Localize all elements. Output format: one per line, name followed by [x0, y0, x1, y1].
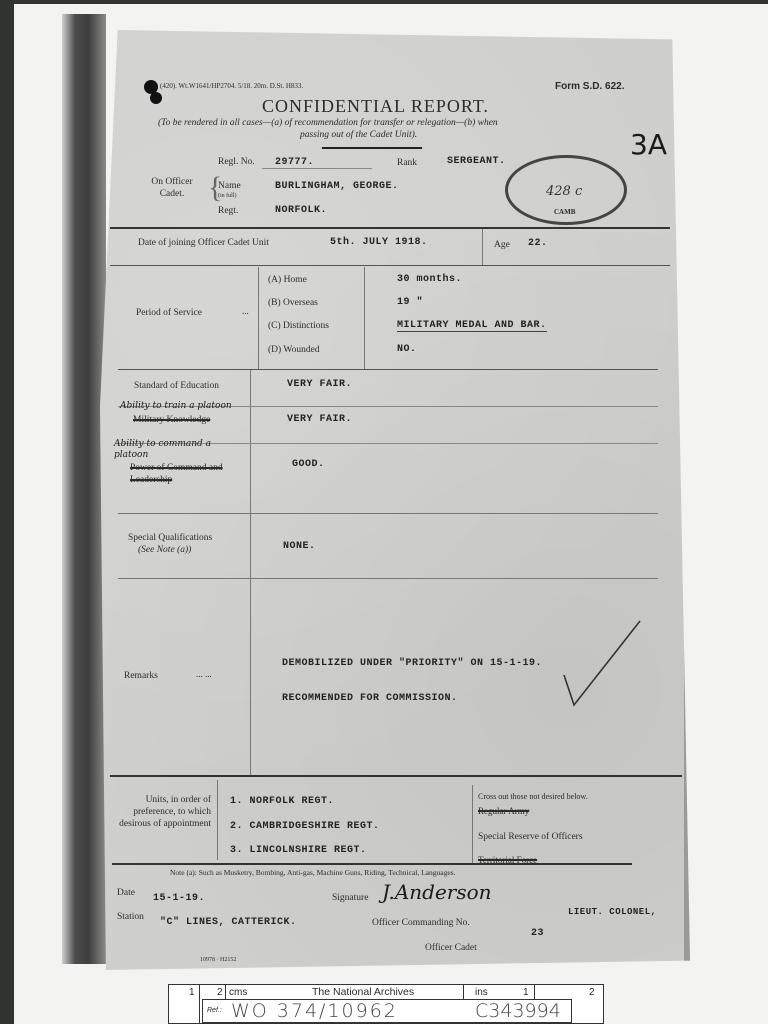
row-divider [118, 513, 658, 514]
column-divider [250, 370, 251, 775]
section-divider [118, 369, 658, 370]
section-divider [110, 227, 670, 229]
page-title: CONFIDENTIAL REPORT. [262, 96, 489, 117]
unit-preference-3: 3. LINCOLNSHIRE REGT. [230, 845, 367, 856]
struck-label: Military Knowledge [133, 415, 210, 425]
punch-hole [150, 92, 162, 104]
section-divider [112, 863, 632, 865]
divider [217, 780, 218, 860]
stamp-number: 428 c [546, 184, 582, 199]
ruler-mark: 1 [189, 987, 195, 998]
special-qualifications-label: Special Qualifications [128, 533, 212, 543]
service-distinctions-label: (C) Distinctions [268, 321, 329, 331]
service-overseas-value: 19 " [397, 297, 423, 308]
ellipsis: ... ... [196, 669, 212, 679]
signature-label: Signature [332, 893, 368, 903]
divider [258, 267, 259, 370]
struck-label: Power of Command and Leadership [130, 462, 248, 486]
station-label: Station [117, 912, 144, 922]
signature: J.Anderson [382, 880, 492, 904]
regt-value: NORFOLK. [275, 205, 327, 216]
checkmark-icon [560, 615, 645, 710]
cross-out-instruction: Cross out those not desired below. [478, 792, 588, 801]
option-special-reserve: Special Reserve of Officers [478, 832, 583, 842]
section-divider [110, 775, 682, 777]
institution-name: The National Archives [312, 986, 414, 998]
name-value: BURLINGHAM, GEORGE. [275, 181, 399, 192]
unit-preference-2: 2. CAMBRIDGESHIRE REGT. [230, 821, 380, 832]
archive-code: C343994 [475, 1000, 561, 1022]
station-value: "C" LINES, CATTERICK. [160, 917, 297, 928]
signatory-rank: LIEUT. COLONEL, [568, 907, 657, 917]
cadet-section-label: On Officer Cadet. [142, 176, 202, 200]
bottom-print-code: 10978 · H2152 [200, 957, 236, 963]
joining-date: 5th. JULY 1918. [330, 237, 428, 248]
remarks-line2: RECOMMENDED FOR COMMISSION. [282, 693, 458, 704]
age-value: 22. [528, 238, 548, 249]
divider [463, 985, 464, 999]
remarks-label: Remarks [124, 671, 158, 681]
date-value: 15-1-19. [153, 893, 205, 904]
ruler-mark: 2 [217, 987, 223, 998]
officer-commanding-label: Officer Commanding No. [372, 918, 470, 928]
service-label: Period of Service [136, 308, 202, 318]
rank-value: SERGEANT. [447, 156, 506, 167]
date-label: Date [117, 888, 135, 898]
reference-number: WO 374/10962 [231, 1000, 398, 1022]
unit-number: 23 [531, 928, 544, 939]
special-qualifications-note: (See Note (a)) [138, 545, 191, 555]
divider [472, 785, 473, 865]
special-qualifications-value: NONE. [283, 541, 316, 552]
option-regular-army: Regular Army [478, 806, 529, 816]
education-value: VERY FAIR. [287, 379, 352, 390]
ruler-mark: 1 [523, 987, 529, 998]
title-rule [322, 147, 422, 149]
officer-cadet-label: Officer Cadet [425, 943, 477, 953]
cms-label: cms [229, 987, 247, 998]
ins-label: ins [475, 987, 488, 998]
underline [262, 168, 372, 169]
divider [534, 985, 535, 999]
print-code: (420). Wt.W1641/HP2704. 5/18. 20m. D.St.… [160, 82, 303, 90]
row-divider [118, 578, 658, 579]
training-value: VERY FAIR. [287, 414, 352, 425]
command-value: GOOD. [292, 459, 325, 470]
service-distinctions-value: MILITARY MEDAL AND BAR. [397, 320, 547, 332]
name-sub-label: (in full) [218, 193, 237, 199]
unit-stamp: 428 c CAMB [505, 155, 627, 225]
file-mark: 3A [630, 128, 667, 161]
ref-label: Ref.: [207, 1007, 222, 1014]
scan-shadow [62, 14, 106, 964]
service-home-label: (A) Home [268, 275, 307, 285]
national-archives-label: 1 2 cms The National Archives ins 1 2 Re… [168, 984, 604, 1024]
divider [199, 985, 200, 1023]
divider [225, 985, 226, 999]
service-overseas-label: (B) Overseas [268, 298, 318, 308]
reference-box: Ref.: WO 374/10962 C343994 [202, 999, 572, 1023]
note-text: Note (a): Such as Musketry, Bombing, Ant… [170, 868, 455, 877]
age-label: Age [494, 240, 510, 250]
name-label: Name [218, 181, 241, 191]
ruler-mark: 2 [589, 987, 595, 998]
ellipsis: ... [242, 306, 249, 316]
handwritten-correction: Ability to command a platoon [114, 439, 234, 461]
subtitle-line1: (To be rendered in all cases—(a) of reco… [158, 118, 648, 128]
unit-preference-1: 1. NORFOLK REGT. [230, 796, 334, 807]
service-wounded-value: NO. [397, 344, 417, 355]
remarks-line1: DEMOBILIZED UNDER "PRIORITY" ON 15-1-19. [282, 658, 542, 669]
stamp-text: CAMB [554, 208, 575, 216]
regt-label: Regt. [218, 206, 238, 216]
regl-no-value: 29777. [275, 157, 314, 168]
rank-label: Rank [397, 158, 417, 168]
service-wounded-label: (D) Wounded [268, 345, 320, 355]
joining-label: Date of joining Officer Cadet Unit [138, 238, 269, 248]
units-label: Units, in order of preference, to which … [115, 794, 211, 830]
regl-no-label: Regl. No. [218, 157, 255, 167]
divider [482, 229, 483, 265]
form-number: Form S.D. 622. [555, 81, 624, 92]
divider [364, 267, 365, 370]
handwritten-correction: Ability to train a platoon [120, 401, 232, 411]
service-home-value: 30 months. [397, 274, 462, 285]
subtitle-line2: passing out of the Cadet Unit). [300, 130, 417, 140]
section-divider [110, 265, 670, 266]
education-label: Standard of Education [134, 381, 219, 391]
